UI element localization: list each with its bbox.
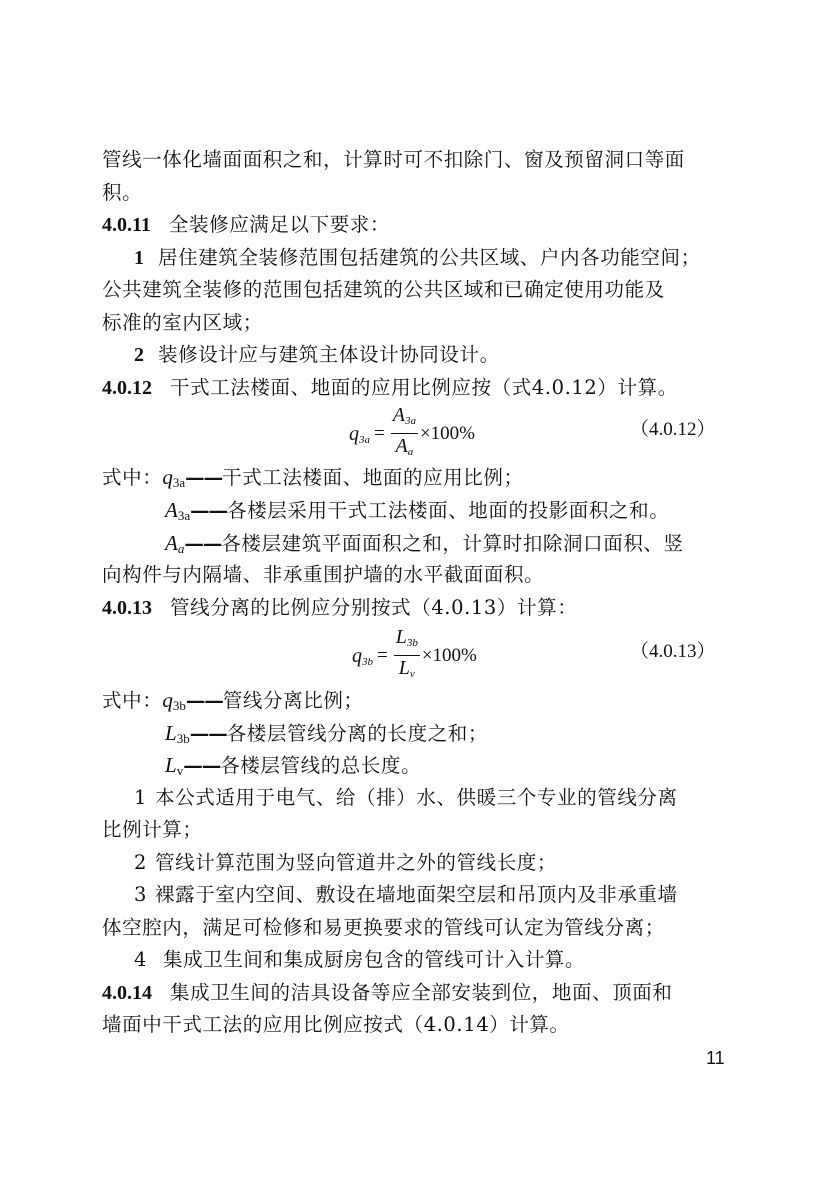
clause-number: 4.0.13 xyxy=(102,597,152,619)
formula-4-0-12: q3a = A3a Aa ×100% xyxy=(349,404,475,464)
clause-4-0-13-item-3: 3裸露于室内空间、敷设在墙地面架空层和吊顶内及非承重墙 xyxy=(134,883,678,907)
paragraph-line: 体空腔内，满足可检修和易更换要求的管线可认定为管线分离； xyxy=(102,916,665,940)
numerator: L3b xyxy=(394,626,420,656)
fraction: L3b Lv xyxy=(394,626,420,686)
paragraph-line: 向构件与内隔墙、非承重围护墙的水平截面面积。 xyxy=(102,563,544,587)
definition-line: 式中：q3a——干式工法楼面、地面的应用比例； xyxy=(102,465,524,495)
multiplier: ×100% xyxy=(420,423,475,445)
definition-line: A3a——各楼层采用干式工法楼面、地面的投影面积之和。 xyxy=(165,498,669,528)
paragraph-line: 积。 xyxy=(102,181,142,205)
clause-4-0-13-item-2: 2管线计算范围为竖向管道井之外的管线长度； xyxy=(134,851,557,875)
clause-number: 4.0.14 xyxy=(102,982,152,1004)
clause-4-0-11-item-2: 2装修设计应与建筑主体设计协同设计。 xyxy=(134,343,500,367)
item-number: 2 xyxy=(134,851,147,874)
paragraph-line: 管线一体化墙面面积之和，计算时可不扣除门、窗及预留洞口等面 xyxy=(102,148,685,172)
numerator: A3a xyxy=(391,404,418,434)
clause-title: 集成卫生间的洁具设备等应全部安装到位，地面、顶面和 xyxy=(170,981,673,1004)
item-text: 本公式适用于电气、给（排）水、供暖三个专业的管线分离 xyxy=(155,786,678,809)
multiplier: ×100% xyxy=(422,645,477,667)
clause-4-0-13-item-1: 1本公式适用于电气、给（排）水、供暖三个专业的管线分离 xyxy=(134,786,678,810)
clause-4-0-11-item-1: 1居住建筑全装修范围包括建筑的公共区域、户内各功能空间； xyxy=(134,246,701,270)
item-text: 裸露于室内空间、敷设在墙地面架空层和吊顶内及非承重墙 xyxy=(155,883,678,906)
definition-line: Aa——各楼层建筑平面面积之和，计算时扣除洞口面积、竖 xyxy=(165,531,684,561)
clause-title: 管线分离的比例应分别按式（4.0.13）计算： xyxy=(170,596,577,619)
clause-number: 4.0.11 xyxy=(102,214,151,236)
page-number: 11 xyxy=(706,1048,725,1069)
definition-line: 式中：q3b——管线分离比例； xyxy=(102,688,364,718)
paragraph-line: 墙面中干式工法的应用比例应按式（4.0.14）计算。 xyxy=(102,1013,570,1037)
formula-4-0-13: q3b = L3b Lv ×100% xyxy=(352,626,477,686)
equals-sign: = xyxy=(377,645,388,667)
paragraph-line: 公共建筑全装修的范围包括建筑的公共区域和已确定使用功能及 xyxy=(102,278,665,302)
clause-title: 全装修应满足以下要求： xyxy=(169,213,390,236)
formula-lhs: q3a xyxy=(349,423,370,446)
clause-4-0-11-heading: 4.0.11全装修应满足以下要求： xyxy=(102,213,390,237)
paragraph-line: 比例计算； xyxy=(102,818,203,842)
equation-number: （4.0.12） xyxy=(630,414,716,441)
definition-line: L3b——各楼层管线分离的长度之和； xyxy=(165,721,488,751)
item-text: 管线计算范围为竖向管道井之外的管线长度； xyxy=(155,851,557,874)
denominator: Aa xyxy=(395,434,413,464)
clause-title: 干式工法楼面、地面的应用比例应按（式4.0.12）计算。 xyxy=(170,376,678,399)
denominator: Lv xyxy=(399,656,415,686)
formula-lhs: q3b xyxy=(352,645,373,668)
clause-number: 4.0.12 xyxy=(102,377,152,399)
paragraph-line: 标准的室内区域； xyxy=(102,311,263,335)
fraction: A3a Aa xyxy=(391,404,418,464)
clause-4-0-14-heading: 4.0.14集成卫生间的洁具设备等应全部安装到位，地面、顶面和 xyxy=(102,981,673,1005)
item-text: 居住建筑全装修范围包括建筑的公共区域、户内各功能空间； xyxy=(158,246,701,269)
definition-line: Lv——各楼层管线的总长度。 xyxy=(165,753,421,783)
equals-sign: = xyxy=(374,423,385,445)
item-text: 装修设计应与建筑主体设计协同设计。 xyxy=(158,343,500,366)
clause-4-0-12-heading: 4.0.12干式工法楼面、地面的应用比例应按（式4.0.12）计算。 xyxy=(102,376,678,400)
clause-4-0-13-heading: 4.0.13管线分离的比例应分别按式（4.0.13）计算： xyxy=(102,596,577,620)
equation-number: （4.0.13） xyxy=(630,636,716,663)
clause-4-0-13-item-4: 4集成卫生间和集成厨房包含的管线可计入计算。 xyxy=(134,948,585,972)
item-number: 1 xyxy=(134,247,144,269)
item-text: 集成卫生间和集成厨房包含的管线可计入计算。 xyxy=(163,948,585,971)
item-number: 1 xyxy=(134,786,147,809)
where-label: 式中： xyxy=(102,689,162,712)
where-label: 式中： xyxy=(102,466,162,489)
item-number: 4 xyxy=(134,948,147,971)
item-number: 2 xyxy=(134,344,144,366)
item-number: 3 xyxy=(134,883,147,906)
